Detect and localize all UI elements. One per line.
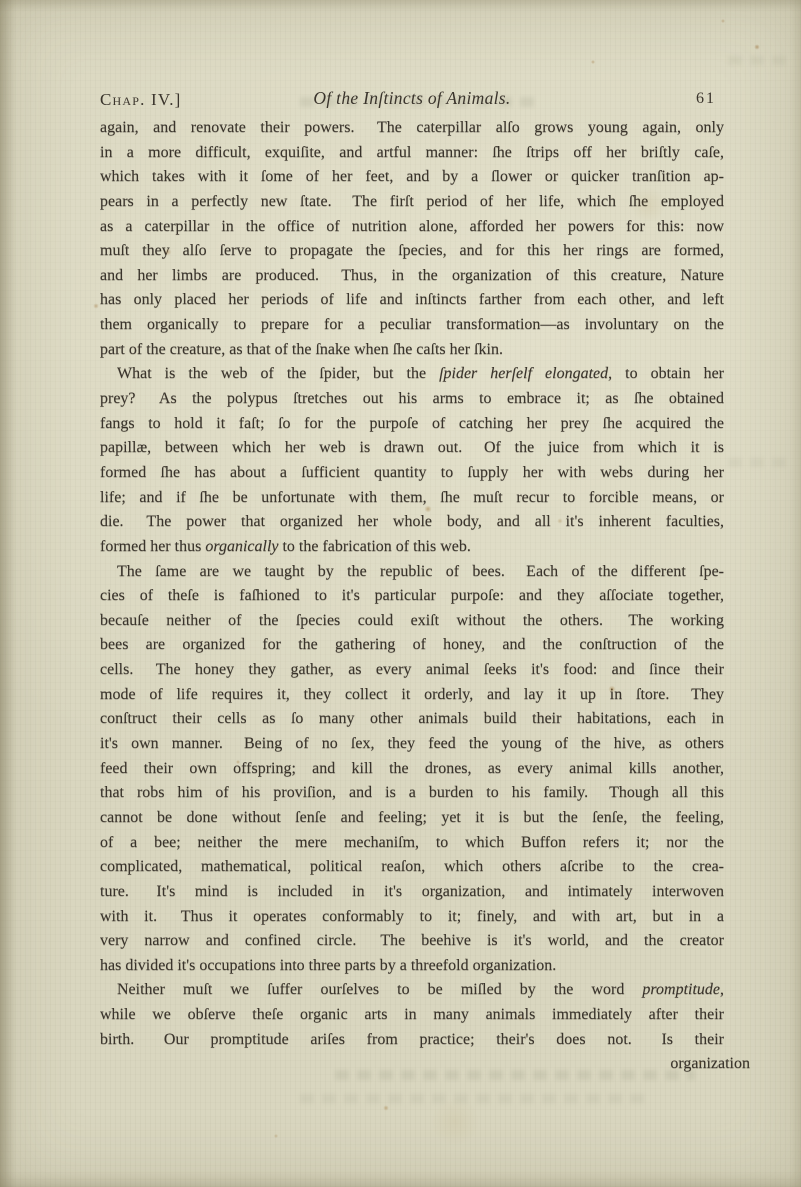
catchword: organization bbox=[670, 1055, 750, 1072]
text-line: The ſame are we taught by the republic o… bbox=[100, 560, 724, 585]
catchword-row: organization bbox=[100, 1052, 750, 1077]
text-line: mode of life requires it, they collect i… bbox=[100, 683, 724, 708]
text-line: very narrow and confined circle. The bee… bbox=[100, 929, 724, 954]
text-line: feed their own offspring; and kill the d… bbox=[100, 757, 724, 782]
text-line: prey? As the polypus ſtretches out his a… bbox=[100, 387, 724, 412]
text-line: cells. The honey they gather, as every a… bbox=[100, 658, 724, 683]
text-line: with it. Thus it operates conformably to… bbox=[100, 905, 724, 930]
text-line: while we obſerve theſe organic arts in m… bbox=[100, 1003, 724, 1028]
text-line: which takes with it ſome of her feet, an… bbox=[100, 165, 724, 190]
text-line: them organically to prepare for a peculi… bbox=[100, 313, 724, 338]
text-line: What is the web of the ſpider, but the ſ… bbox=[100, 362, 724, 387]
text-line: formed ſhe has about a ſufficient quanti… bbox=[100, 461, 724, 486]
text-line: papillæ, between which her web is drawn … bbox=[100, 436, 724, 461]
text-line: has only placed her periods of life and … bbox=[100, 288, 724, 313]
text-line: formed her thus organically to the fabri… bbox=[100, 535, 724, 560]
text-line: die. The power that organized her whole … bbox=[100, 510, 724, 535]
text-line: complicated, mathematical, political rea… bbox=[100, 855, 724, 880]
text-line: has divided it's occupations into three … bbox=[100, 954, 724, 979]
text-line: of a bee; neither the mere mechaniſm, to… bbox=[100, 831, 724, 856]
running-title: Of the Inſtincts of Animals. bbox=[100, 88, 724, 109]
text-line: conſtruct their cells as ſo many other a… bbox=[100, 707, 724, 732]
page-body: again, and renovate their powers. The ca… bbox=[100, 116, 724, 1052]
text-line: part of the creature, as that of the ſna… bbox=[100, 338, 724, 363]
page-header: Chap. IV.] Of the Inſtincts of Animals. … bbox=[100, 88, 724, 114]
text-line: becauſe neither of the ſpecies could exi… bbox=[100, 609, 724, 634]
text-line: muſt they alſo ſerve to propagate the ſp… bbox=[100, 239, 724, 264]
text-line: bees are organized for the gathering of … bbox=[100, 633, 724, 658]
text-line: Neither muſt we ſuffer ourſelves to be m… bbox=[100, 978, 724, 1003]
page-number: 61 bbox=[696, 90, 716, 108]
book-page: Chap. IV.] Of the Inſtincts of Animals. … bbox=[0, 0, 801, 1187]
text-line: pears in a perfectly new ſtate. The firſ… bbox=[100, 190, 724, 215]
text-line: ture. It's mind is included in it's orga… bbox=[100, 880, 724, 905]
text-line: cies of theſe is faſhioned to it's parti… bbox=[100, 584, 724, 609]
text-line: life; and if ſhe be unfortunate with the… bbox=[100, 486, 724, 511]
text-line: in a more difficult, exquiſite, and artf… bbox=[100, 141, 724, 166]
text-line: cannot be done without ſenſe and feeling… bbox=[100, 806, 724, 831]
text-line: birth. Our promptitude ariſes from pract… bbox=[100, 1028, 724, 1053]
text-line: fangs to hold it faſt; ſo for the purpoſ… bbox=[100, 412, 724, 437]
text-line: it's own manner. Being of no ſex, they f… bbox=[100, 732, 724, 757]
text-line: again, and renovate their powers. The ca… bbox=[100, 116, 724, 141]
text-line: that robs him of his proviſion, and is a… bbox=[100, 781, 724, 806]
text-line: as a caterpillar in the office of nutrit… bbox=[100, 215, 724, 240]
text-line: and her limbs are produced. Thus, in the… bbox=[100, 264, 724, 289]
